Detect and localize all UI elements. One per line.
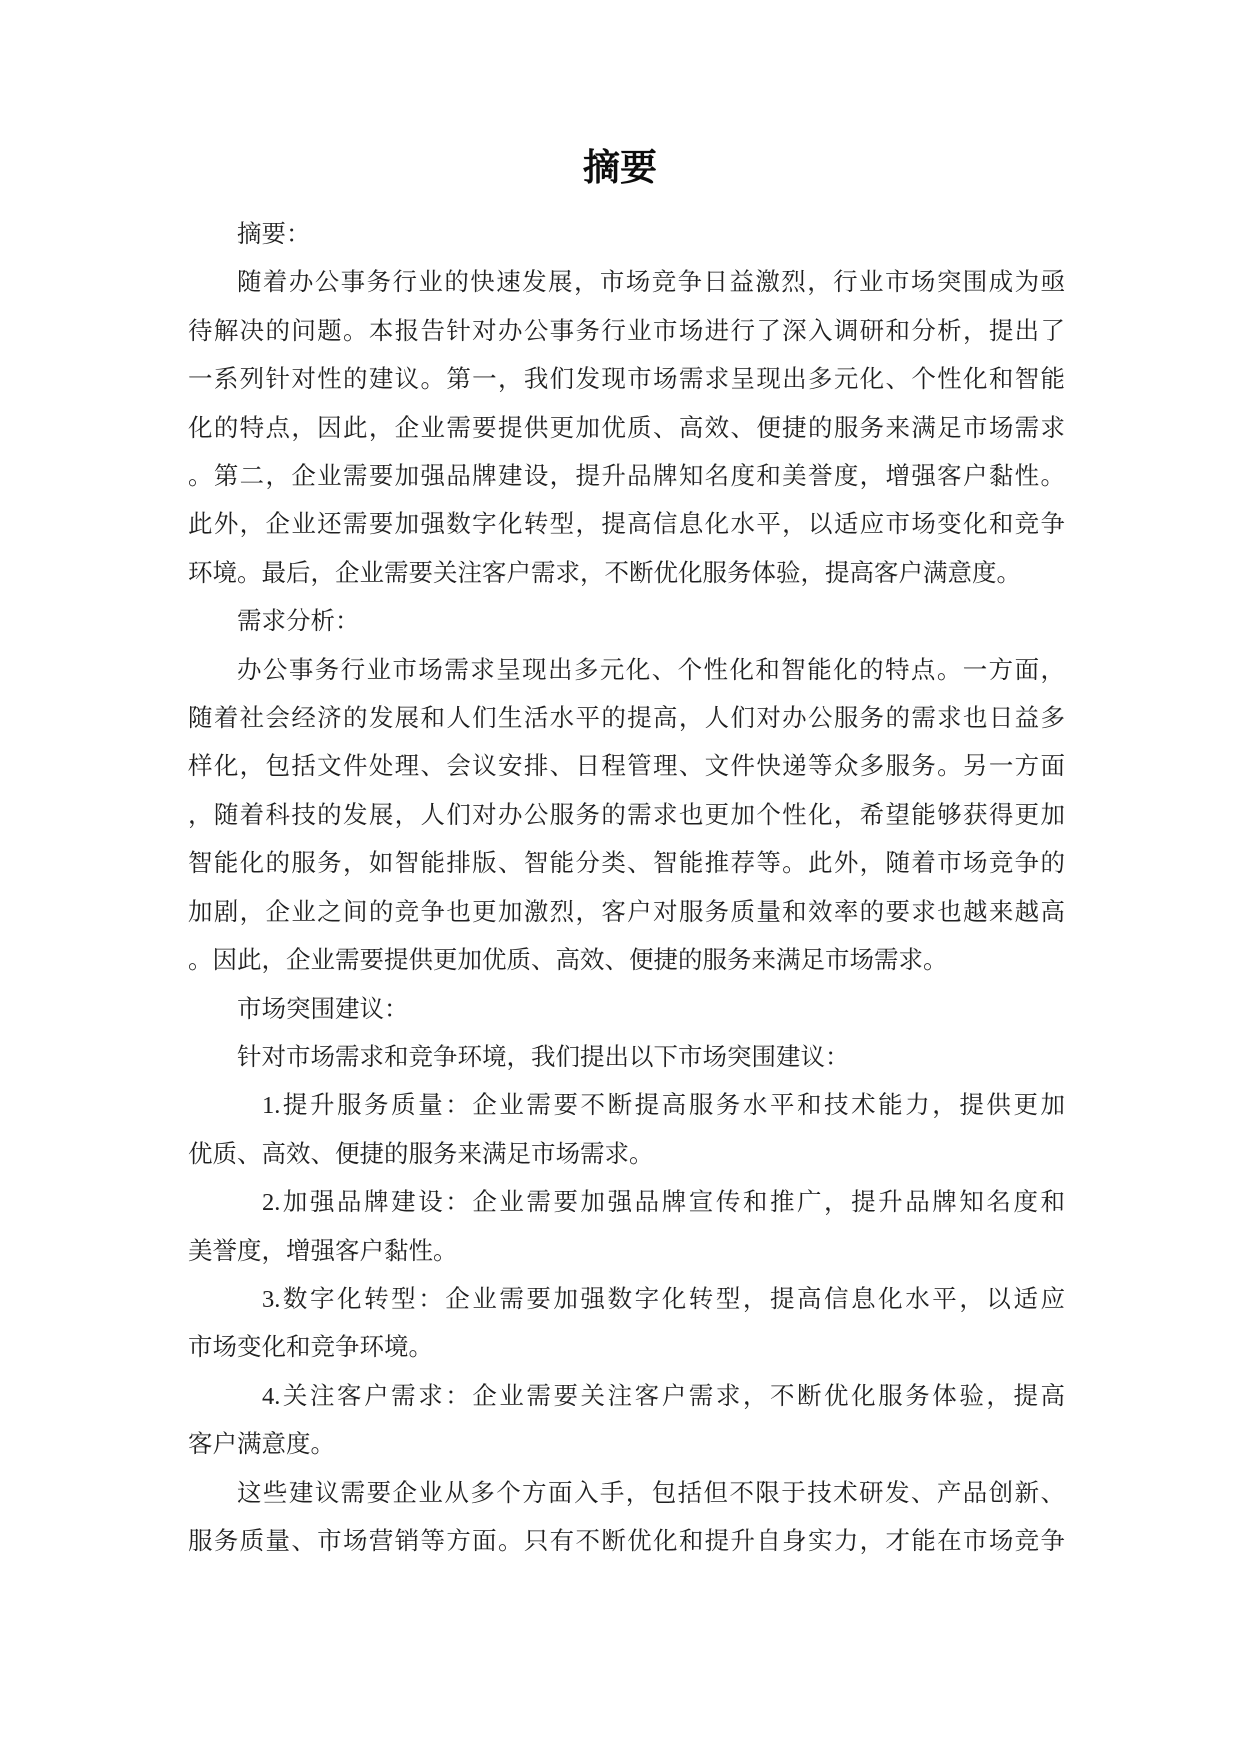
text-line-9: 需求分析： [188, 598, 1065, 646]
text-line-23: 3.数字化转型：企业需要加强数字化转型，提高信息化水平，以适应 [188, 1276, 1065, 1324]
text-line-18: 针对市场需求和竞争环境，我们提出以下市场突围建议： [188, 1034, 1065, 1082]
text-line-27: 这些建议需要企业从多个方面入手，包括但不限于技术研发、产品创新、 [188, 1470, 1065, 1518]
text-line-22: 美誉度，增强客户黏性。 [188, 1228, 1065, 1276]
text-line-5: 化的特点，因此，企业需要提供更加优质、高效、便捷的服务来满足市场需求 [188, 405, 1065, 453]
text-line-21: 2.加强品牌建设：企业需要加强品牌宣传和推广，提升品牌知名度和 [188, 1179, 1065, 1227]
text-line-13: ，随着科技的发展，人们对办公服务的需求也更加个性化，希望能够获得更加 [188, 792, 1065, 840]
text-line-6: 。第二，企业需要加强品牌建设，提升品牌知名度和美誉度，增强客户黏性。 [188, 453, 1065, 501]
text-line-17: 市场突围建议： [188, 986, 1065, 1034]
text-line-8: 环境。最后，企业需要关注客户需求，不断优化服务体验，提高客户满意度。 [188, 550, 1065, 598]
document-page: 摘要 摘要：随着办公事务行业的快速发展，市场竞争日益激烈，行业市场突围成为亟待解… [0, 0, 1240, 1753]
text-line-7: 此外，企业还需要加强数字化转型，提高信息化水平，以适应市场变化和竞争 [188, 501, 1065, 549]
text-line-1: 摘要： [188, 211, 1065, 259]
text-line-10: 办公事务行业市场需求呈现出多元化、个性化和智能化的特点。一方面， [188, 647, 1065, 695]
text-line-4: 一系列针对性的建议。第一，我们发现市场需求呈现出多元化、个性化和智能 [188, 356, 1065, 404]
text-line-25: 4.关注客户需求：企业需要关注客户需求，不断优化服务体验，提高 [188, 1373, 1065, 1421]
text-line-11: 随着社会经济的发展和人们生活水平的提高，人们对办公服务的需求也日益多 [188, 695, 1065, 743]
document-title: 摘要 [0, 148, 1240, 188]
text-line-19: 1.提升服务质量：企业需要不断提高服务水平和技术能力，提供更加 [188, 1082, 1065, 1130]
text-line-26: 客户满意度。 [188, 1421, 1065, 1469]
text-line-12: 样化，包括文件处理、会议安排、日程管理、文件快递等众多服务。另一方面 [188, 743, 1065, 791]
text-line-20: 优质、高效、便捷的服务来满足市场需求。 [188, 1131, 1065, 1179]
text-line-15: 加剧，企业之间的竞争也更加激烈，客户对服务质量和效率的要求也越来越高 [188, 889, 1065, 937]
document-body: 摘要：随着办公事务行业的快速发展，市场竞争日益激烈，行业市场突围成为亟待解决的问… [188, 211, 1065, 1566]
text-line-28: 服务质量、市场营销等方面。只有不断优化和提升自身实力，才能在市场竞争 [188, 1518, 1065, 1566]
text-line-14: 智能化的服务，如智能排版、智能分类、智能推荐等。此外，随着市场竞争的 [188, 840, 1065, 888]
text-line-2: 随着办公事务行业的快速发展，市场竞争日益激烈，行业市场突围成为亟 [188, 259, 1065, 307]
text-line-3: 待解决的问题。本报告针对办公事务行业市场进行了深入调研和分析，提出了 [188, 308, 1065, 356]
text-line-24: 市场变化和竞争环境。 [188, 1324, 1065, 1372]
text-line-16: 。因此，企业需要提供更加优质、高效、便捷的服务来满足市场需求。 [188, 937, 1065, 985]
